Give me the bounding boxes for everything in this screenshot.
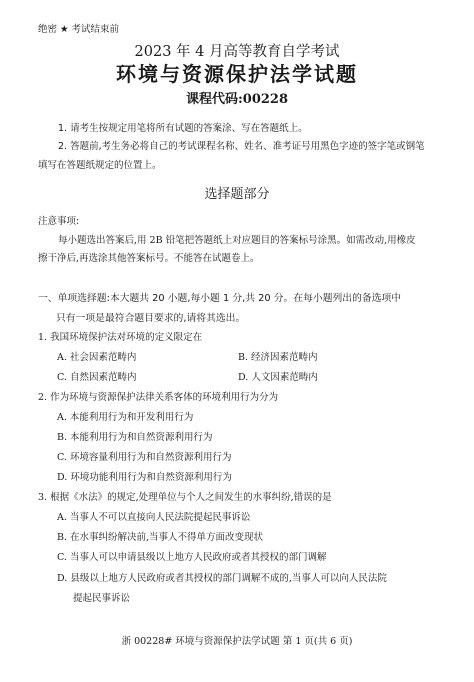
notes-line-1: 每小题选出答案后,用 2B 铅笔把答题纸上对应题目的答案标号涂黑。如需改动,用橡… xyxy=(58,232,416,246)
question-2-option-c: C. 环境容量利用行为和自然资源利用行为 xyxy=(57,449,231,463)
question-3-option-d-cont: 提起民事诉讼 xyxy=(73,590,130,604)
question-3-option-a: A. 当事人不可以直接向人民法院提起民事诉讼 xyxy=(57,509,250,523)
notes-line-2: 擦干净后,再选涂其他答案标号。不能答在试题卷上。 xyxy=(38,250,260,264)
instruction-2-cont: 填写在答题纸规定的位置上。 xyxy=(38,157,162,171)
question-2-option-d: D. 环境功能利用行为和自然资源利用行为 xyxy=(57,469,232,483)
instruction-2: 2. 答题前,考生务必将自己的考试课程名称、姓名、准考证号用黑色字迹的签字笔或钢… xyxy=(58,138,425,152)
question-3-option-d: D. 县级以上地方人民政府或者其授权的部门调解不成的,当事人可以向人民法院 xyxy=(57,570,387,584)
instruction-1: 1. 请考生按规定用笔将所有试题的答案涂、写在答题纸上。 xyxy=(58,120,308,134)
subject-title: 环境与资源保护法学试题 xyxy=(0,58,474,87)
question-2-option-b: B. 本能利用行为和自然资源利用行为 xyxy=(57,429,213,443)
secret-mark: 绝密 ★ 考试结束前 xyxy=(38,21,119,35)
notes-label: 注意事项: xyxy=(38,213,79,227)
question-3-option-b: B. 在水事纠纷解决前,当事人不得单方面改变现状 xyxy=(57,529,263,543)
question-2-option-a: A. 本能利用行为和开发利用行为 xyxy=(57,409,193,423)
question-3-option-c: C. 当事人可以申请县级以上地方人民政府或者其授权的部门调解 xyxy=(57,549,326,563)
page-footer: 浙 00228# 环境与资源保护法学试题 第 1 页(共 6 页) xyxy=(0,633,474,647)
question-1-stem: 1. 我国环境保护法对环境的定义限定在 xyxy=(38,329,202,343)
question-1-option-b: B. 经济因素范畴内 xyxy=(238,349,318,363)
section-title: 选择题部分 xyxy=(0,183,474,202)
question-1-option-c: C. 自然因素范畴内 xyxy=(57,369,136,383)
course-code: 课程代码:00228 xyxy=(0,88,474,107)
question-3-stem: 3. 根据《水法》的规定,处理单位与个人之间发生的水事纠纷,错误的是 xyxy=(38,489,332,503)
question-1-option-d: D. 人文因素范畴内 xyxy=(238,369,318,383)
question-1-option-a: A. 社会因素范畴内 xyxy=(57,349,136,363)
question-2-stem: 2. 作为环境与资源保护法律关系客体的环境利用行为分为 xyxy=(38,389,278,403)
part-one-heading-cont: 只有一项是最符合题目要求的,请将其选出。 xyxy=(56,310,245,324)
part-one-heading: 一、单项选择题:本大题共 20 小题,每小题 1 分,共 20 分。在每小题列出… xyxy=(38,290,401,304)
